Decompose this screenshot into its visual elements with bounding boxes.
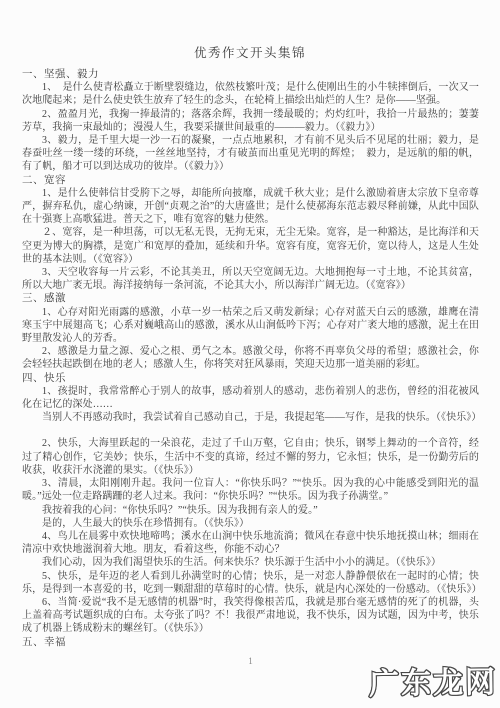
paragraph: 5、快乐，是年迈的老人看到儿孙满堂时的心情；快乐，是一对恋人静静偎依在一起时的心… [22,570,479,596]
paragraph: 6、当简·爱说“我不是无感情的机器”时，我笑得像根苦瓜，我就是那台毫无感情的死了… [22,596,479,636]
section-perseverance: 一、坚强、毅力 1、 是什么使青松矗立于断壁裂缝边，依然枝繁叶茂；是什么使刚出生… [22,68,479,174]
paragraph: 1、心存对阳光雨露的感激，小草一岁一枯荣之后又萌发新绿；心存对蓝天白云的感激，雄… [22,306,479,346]
paragraph: 我们心动，因为我们渴望快乐的生活。何来快乐？快乐源于生活中小小的满足。（《快乐》… [22,556,479,569]
paragraph: 当别人不再感动我时，我尝试着自己感动自己，于是，我提起笔——写作，是我的快乐。（… [22,411,479,424]
paragraph: 2、感激是力量之源、爱心之根、勇气之本。感激父母，你将不再辜负父母的希望；感激社… [22,345,479,371]
section-tolerance: 二、宽容 1、是什么使韩信甘受胯下之辱，却能所向披靡，成就千秋大业；是什么激励着… [22,174,479,293]
paragraph: 我按着我的心问：“你快乐吗？”“快乐。因为我拥有亲人的爱。” [22,504,479,517]
document-body: 一、坚强、毅力 1、 是什么使青松矗立于断壁裂缝边，依然枝繁叶茂；是什么使刚出生… [0,61,500,666]
watermark-logo: 广东龙网 [369,657,498,703]
section-heading-perseverance: 一、坚强、毅力 [22,68,479,81]
paragraph: 1、是什么使韩信甘受胯下之辱，却能所向披靡，成就千秋大业；是什么激励着唐太宗放下… [22,187,479,227]
paragraph: 3、天空收容每一片云彩，不论其美丑，所以天空宽阔无边。大地拥抱每一寸土地，不论其… [22,266,479,292]
paragraph: 3、毅力，是千里大堤一沙一石的凝聚，一点点地累积，才有前不见头后不见尾的壮丽；毅… [22,134,479,174]
paragraph: 1、孩提时，我常常醉心于别人的故事，感动着别人的感动，悲伤着别人的悲伤，曾经的泪… [22,385,479,411]
paragraph: 2、快乐，大海里跃起的一朵浪花，走过了千山万壑，它自由；快乐，钢琴上舞动的一个音… [22,437,479,477]
section-gratitude: 三、感激 1、心存对阳光雨露的感激，小草一岁一枯荣之后又萌发新绿；心存对蓝天白云… [22,292,479,371]
paragraph: 1、 是什么使青松矗立于断壁裂缝边，依然枝繁叶茂；是什么使刚出生的小牛犊摔倒后，… [22,81,479,107]
document-page: 优秀作文开头集锦 一、坚强、毅力 1、 是什么使青松矗立于断壁裂缝边，依然枝繁叶… [0,0,500,708]
document-title: 优秀作文开头集锦 [0,0,500,61]
section-happiness: 五、幸福 [22,636,479,649]
section-joy: 四、快乐 1、孩提时，我常常醉心于别人的故事，感动着别人的感动，悲伤着别人的悲伤… [22,372,479,636]
paragraph: 3、清晨，太阳刚刚升起。我问一位盲人：“你快乐吗？”“快乐。因为我的心中能感受到… [22,477,479,503]
paragraph: 2、盈盈月光，我掬一捧最清的；落落余辉，我拥一缕最暖的；灼灼红叶，我拾一片最热的… [22,108,479,134]
blank-line [22,424,479,437]
section-heading-tolerance: 二、宽容 [22,174,479,187]
section-heading-gratitude: 三、感激 [22,292,479,305]
paragraph: ２、宽容，是一种坦荡，可以无私无畏，无拘无束，无尘无染。宽容，是一种豁达，是比海… [22,226,479,266]
section-heading-happiness: 五、幸福 [22,636,479,649]
paragraph: 4、鸟儿在晨雾中欢快地啼鸣；溪水在山涧中快乐地流淌；微风在春意中快乐地抚摸山林；… [22,530,479,556]
section-heading-joy: 四、快乐 [22,372,479,385]
paragraph: 是的，人生最大的快乐在珍惜拥有。（《快乐》） [22,517,479,530]
